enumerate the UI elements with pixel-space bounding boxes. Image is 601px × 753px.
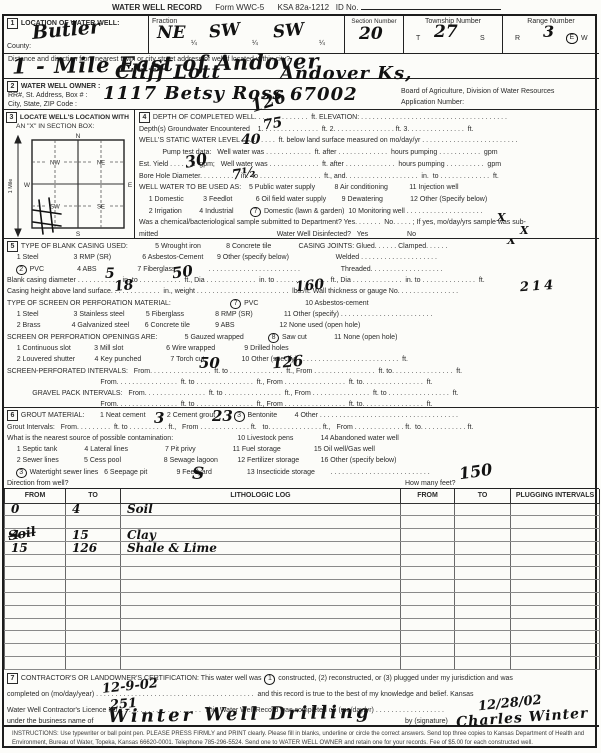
contamination-line-3: 3 Watertight sewer lines 6 Seepage pit 9…	[7, 467, 599, 479]
section-number-handwritten: 20	[359, 26, 383, 43]
empty-cell	[121, 631, 401, 644]
litho-log-cell: Soil	[121, 503, 401, 516]
instructions-box: INSTRUCTIONS: Use typewriter or ball poi…	[4, 725, 599, 750]
empty-cell	[5, 631, 66, 644]
owner-city-label: City, State, ZIP Code :	[8, 101, 77, 108]
section-3-locate-box: 3LOCATE WELL'S LOCATION WITH AN "X" IN S…	[4, 110, 135, 239]
empty-cell	[121, 657, 401, 670]
plug-to-cell	[455, 541, 511, 554]
empty-cell	[511, 580, 600, 593]
section-location-diagram: 1 Mile N	[6, 130, 137, 238]
owner-address-label: RR#, St. Address, Box # :	[8, 92, 87, 99]
range-east-circled: E	[566, 33, 578, 44]
empty-cell	[455, 593, 511, 606]
casing-height-handwritten: 18	[113, 278, 134, 294]
empty-cell	[121, 567, 401, 580]
table-row	[5, 567, 600, 580]
sample-no-x-mark: X	[497, 212, 506, 223]
empty-cell	[401, 618, 455, 631]
well-use-line-3: 2 Irrigation 4 Industrial 7 Domestic (la…	[139, 206, 599, 218]
empty-cell	[5, 618, 66, 631]
empty-cell	[455, 644, 511, 657]
blank-casing-heading-text: TYPE OF BLANK CASING USED: 5 Wrought iro…	[21, 243, 448, 250]
litho-to-cell	[66, 516, 121, 529]
range-west: W	[581, 35, 588, 42]
empty-cell	[511, 554, 600, 567]
plug-to-cell	[455, 529, 511, 542]
empty-cell	[5, 644, 66, 657]
screen-material-heading-line: TYPE OF SCREEN OR PERFORATION MATERIAL: …	[7, 298, 599, 310]
empty-cell	[5, 657, 66, 670]
quarter-symbol-3: ¼	[319, 40, 325, 47]
litho-from-cell: 0	[5, 503, 66, 516]
business-name-handwritten: Winter Well Drilling	[108, 704, 372, 727]
casing-diameter-to-handwritten: 50	[171, 264, 194, 282]
grout-material-line: 6GROUT MATERIAL: 1 Neat cement 2 Cement …	[7, 410, 599, 422]
litho-log-cell: Clay	[121, 529, 401, 542]
empty-cell	[121, 580, 401, 593]
empty-cell	[5, 580, 66, 593]
section-6-number: 6	[7, 410, 18, 421]
empty-cell	[511, 593, 600, 606]
contamination-line-1: 1 Septic tank 4 Lateral lines 7 Pit priv…	[7, 444, 599, 455]
owner-name-handwritten: Cliff Lott	[115, 63, 221, 82]
litho-log-cell: Shale & Lime	[121, 541, 401, 554]
empty-cell	[66, 644, 121, 657]
contamination-line3-post: Watertight sewer lines 6 Seepage pit 9 F…	[28, 469, 430, 476]
county-cell: 1LOCATION OF WATER WELL: County: Butler	[4, 16, 149, 53]
litho-to-cell: 4	[66, 503, 121, 516]
owner-city-handwritten: Andover Ks,	[280, 65, 412, 83]
empty-cell	[455, 567, 511, 580]
section-2-owner: 2WATER WELL OWNER : RR#, St. Address, Bo…	[4, 79, 599, 110]
well-use-choice-circled: 7	[250, 207, 261, 218]
empty-cell	[66, 567, 121, 580]
range-cell: Range Number R 3 E W	[503, 16, 599, 53]
empty-cell	[121, 605, 401, 618]
empty-cell	[66, 593, 121, 606]
compass-south-label: S	[76, 231, 81, 238]
glued-x-mark: X	[507, 239, 516, 246]
gravel-pack-intervals-line-1: GRAVEL PACK INTERVALS: From. . . . . . .…	[7, 388, 599, 399]
table-row: 15 126 Shale & Lime	[5, 541, 600, 554]
bentonite-circled: 3	[234, 411, 245, 422]
gravel-pack-intervals-line-2: From. . . . . . . . . . . . . . . . ft. …	[7, 399, 599, 408]
static-level-handwritten: 40	[241, 133, 260, 147]
col-header-from-2: FROM	[401, 489, 455, 503]
contamination-question-line: What is the nearest source of possible c…	[7, 433, 599, 444]
grout-from-handwritten: 3	[154, 411, 164, 426]
section-3-heading: 3LOCATE WELL'S LOCATION WITH	[6, 112, 134, 123]
casing-options-line-2: 2 PVC 4 ABS 7 Fiberglass . . . . . . . .…	[7, 264, 599, 276]
empty-cell	[511, 605, 600, 618]
empty-cell	[66, 605, 121, 618]
watertight-sewer-circled: 3	[16, 468, 27, 479]
empty-cell	[66, 657, 121, 670]
empty-cell	[66, 631, 121, 644]
empty-cell	[401, 644, 455, 657]
quadrant-nw-label: NW	[50, 161, 60, 167]
litho-to-cell: 126	[66, 541, 121, 554]
yield-value-handwritten: 30	[184, 151, 209, 171]
application-number-label: Application Number:	[401, 99, 464, 106]
id-label: ID No.	[336, 3, 359, 12]
section-3-4-row: 3LOCATE WELL'S LOCATION WITH AN "X" IN S…	[4, 110, 599, 239]
empty-cell	[401, 593, 455, 606]
one-mile-label: 1 Mile	[8, 179, 14, 194]
disinfected-yes-x-mark: X	[520, 225, 529, 236]
locate-heading-line1: LOCATE WELL'S LOCATION WITH	[20, 114, 129, 121]
board-of-agriculture-text: Board of Agriculture, Division of Water …	[401, 88, 554, 95]
section-4-well-data: 4DEPTH OF COMPLETED WELL. . . . . . . . …	[135, 110, 599, 239]
direction-value-handwritten: S	[192, 466, 204, 483]
depth-completed-text: DEPTH OF COMPLETED WELL. . . . . . . . .…	[153, 114, 507, 121]
locate-heading-line2: AN "X" IN SECTION BOX:	[6, 123, 134, 130]
contamination-line-2: 2 Sewer lines 5 Cess pool 8 Sewage lagoo…	[7, 455, 599, 466]
compass-north-label: N	[76, 133, 81, 140]
table-row	[5, 631, 600, 644]
empty-cell	[511, 657, 600, 670]
certification-text-post: constructed, (2) reconstructed, or (3) p…	[276, 675, 513, 682]
lithologic-log-table: FROM TO LITHOLOGIC LOG FROM TO PLUGGING …	[4, 489, 600, 670]
plug-from-cell	[401, 541, 455, 554]
form-border: 1LOCATION OF WATER WELL: County: Butler …	[2, 14, 597, 748]
depth-completed-line: 4DEPTH OF COMPLETED WELL. . . . . . . . …	[139, 112, 599, 124]
instructions-line-2: Environment, Bureau of Water, Topeka, Ka…	[12, 739, 591, 748]
bore-hole-diameter-line: Bore Hole Diameter. . . . . . . . . . in…	[139, 171, 599, 183]
gauge-number-handwritten: 214	[520, 279, 557, 294]
screen-perforated-intervals-line-2: From. . . . . . . . . . . . . . . . ft. …	[7, 377, 599, 388]
table-row	[5, 605, 600, 618]
empty-cell	[401, 580, 455, 593]
col-header-to: TO	[66, 489, 121, 503]
empty-cell	[511, 618, 600, 631]
plug-from-cell	[401, 516, 455, 529]
litho-log-cell	[121, 516, 401, 529]
section-1-number: 1	[7, 18, 18, 29]
form-title: WATER WELL RECORD	[112, 3, 202, 12]
plug-interval-cell	[511, 516, 600, 529]
township-prefix: T	[416, 35, 420, 42]
constructed-circled: 1	[264, 674, 275, 685]
quarter-symbol-1: ¼	[191, 40, 197, 47]
casing-line2-post: PVC 4 ABS 7 Fiberglass . . . . . . . . .…	[28, 266, 443, 273]
table-row	[5, 657, 600, 670]
screen-material-pre: TYPE OF SCREEN OR PERFORATION MATERIAL:	[7, 300, 229, 307]
direction-line: Direction from well?How many feet?	[7, 478, 599, 489]
empty-cell	[66, 554, 121, 567]
document-header: WATER WELL RECORD Form WWC-5 KSA 82a-121…	[0, 2, 601, 12]
empty-cell	[66, 618, 121, 631]
table-row	[5, 554, 600, 567]
empty-cell	[5, 605, 66, 618]
screen-pvc-circled: 7	[230, 299, 241, 310]
township-value-handwritten: 27	[434, 24, 458, 41]
casing-line2-pre	[7, 266, 15, 273]
col-header-plugging-intervals: PLUGGING INTERVALS	[511, 489, 600, 503]
groundwater-value-handwritten: 75	[262, 115, 284, 132]
table-row	[5, 618, 600, 631]
casing-pvc-circled: 2	[16, 265, 27, 276]
table-row: 4 15 Clay	[5, 529, 600, 542]
section-2-number: 2	[7, 81, 18, 92]
groundwater-encountered-line: Depth(s) Groundwater Encountered 1. . . …	[139, 124, 599, 136]
static-water-level-line: WELL'S STATIC WATER LEVEL . . . . . . . …	[139, 135, 599, 147]
empty-cell	[401, 554, 455, 567]
fraction-3-handwritten: SW	[272, 21, 305, 41]
statute-number: KSA 82a-1212	[278, 3, 330, 12]
empty-cell	[455, 618, 511, 631]
compass-east-label: E	[128, 182, 133, 189]
col-header-from: FROM	[5, 489, 66, 503]
grout-material-post: Bentonite 4 Other . . . . . . . . . . . …	[246, 412, 458, 419]
casing-options-line-1: 1 Steel 3 RMP (SR) 6 Asbestos-Cement 9 O…	[7, 252, 599, 263]
grout-to-handwritten: 23	[212, 409, 233, 424]
fraction-1-handwritten: NE	[157, 25, 186, 42]
plug-interval-cell	[511, 541, 600, 554]
range-value-handwritten: 3	[543, 24, 554, 40]
empty-cell	[5, 567, 66, 580]
section-5-number: 5	[7, 241, 18, 252]
quadrant-ne-label: NE	[97, 161, 105, 167]
plug-from-cell	[401, 529, 455, 542]
empty-cell	[401, 631, 455, 644]
empty-cell	[121, 644, 401, 657]
empty-cell	[511, 567, 600, 580]
plug-to-cell	[455, 516, 511, 529]
empty-cell	[121, 618, 401, 631]
screen-material-line-2: 2 Brass 4 Galvanized steel 6 Concrete ti…	[7, 320, 599, 331]
empty-cell	[121, 554, 401, 567]
owner-heading-text: WATER WELL OWNER :	[21, 83, 100, 90]
litho-to-cell: 15	[66, 529, 121, 542]
empty-cell	[455, 605, 511, 618]
county-label: County:	[7, 43, 31, 50]
empty-cell	[401, 567, 455, 580]
table-row	[5, 644, 600, 657]
quarter-symbol-2: ¼	[252, 40, 258, 47]
completed-date-line: completed on (mo/day/year) . . . . . . .…	[7, 689, 473, 700]
col-header-to-2: TO	[455, 489, 511, 503]
well-use-line-3-pre: 2 Irrigation 4 Industrial	[139, 208, 249, 215]
how-many-feet-label: How many feet?	[405, 478, 456, 489]
quadrant-sw-label: SW	[50, 205, 60, 211]
plug-from-cell	[401, 503, 455, 516]
well-use-line-2: 1 Domestic 3 Feedlot 6 Oil field water s…	[139, 194, 599, 206]
scanned-water-well-record: WATER WELL RECORD Form WWC-5 KSA 82a-121…	[0, 0, 601, 753]
plug-interval-cell	[511, 529, 600, 542]
quadrant-se-label: SE	[97, 205, 105, 211]
col-header-lithologic-log: LITHOLOGIC LOG	[121, 489, 401, 503]
compass-west-label: W	[24, 182, 31, 189]
section-3-number: 3	[6, 112, 17, 123]
empty-cell	[5, 593, 66, 606]
instructions-line-1: INSTRUCTIONS: Use typewriter or ball poi…	[12, 730, 591, 739]
empty-cell	[455, 657, 511, 670]
grout-material-pre: GROUT MATERIAL: 1 Neat cement 2 Cement g…	[21, 412, 233, 419]
empty-cell	[455, 580, 511, 593]
openings-line-1: 1 Continuous slot 3 Mill slot 6 Wire wra…	[7, 343, 599, 354]
id-blank-line	[361, 2, 501, 10]
one-mile-arrow	[15, 136, 21, 236]
openings-pre: SCREEN OR PERFORATION OPENINGS ARE: 5 Ga…	[7, 334, 267, 341]
section-7-number: 7	[7, 673, 18, 684]
empty-cell	[121, 593, 401, 606]
township-suffix: S	[480, 35, 485, 42]
township-cell: Township Number T 27 S	[404, 16, 503, 53]
empty-cell	[511, 644, 600, 657]
empty-cell	[401, 657, 455, 670]
saw-cut-circled: 8	[268, 333, 279, 344]
certification-heading-line: 7CONTRACTOR'S OR LANDOWNER'S CERTIFICATI…	[7, 673, 513, 685]
casing-weight-handwritten: 160	[294, 278, 325, 295]
feet-value-handwritten: 150	[458, 462, 493, 482]
county-value-handwritten: Butler	[31, 18, 100, 43]
form-number: Form WWC-5	[215, 3, 264, 12]
plug-interval-cell	[511, 503, 600, 516]
empty-cell	[5, 554, 66, 567]
screen-material-post: PVC 10 Asbestos-cement	[242, 300, 368, 307]
range-prefix: R	[515, 35, 520, 42]
fraction-2-handwritten: SW	[208, 21, 241, 41]
empty-cell	[511, 631, 600, 644]
screen-interval-from-handwritten: 50	[199, 356, 220, 371]
section-4-number: 4	[139, 112, 150, 123]
pump-test-line: Pump test data: Well water was . . . . .…	[139, 147, 599, 159]
empty-cell	[455, 554, 511, 567]
business-name-label: under the business name of	[7, 718, 93, 725]
empty-cell	[401, 605, 455, 618]
direction-from-well-label: Direction from well?	[7, 480, 68, 487]
section-6-grout: 6GROUT MATERIAL: 1 Neat cement 2 Cement …	[4, 408, 599, 489]
grout-intervals-line: Grout Intervals: From. . . . . . . . . f…	[7, 422, 599, 433]
owner-zip-handwritten: 67002	[290, 86, 358, 104]
section-7-certification: 7CONTRACTOR'S OR LANDOWNER'S CERTIFICATI…	[4, 670, 599, 725]
well-use-line-1: WELL WATER TO BE USED AS: 5 Public water…	[139, 182, 599, 194]
table-row	[5, 593, 600, 606]
table-row	[5, 580, 600, 593]
bore-diameter-handwritten: 7½	[231, 165, 257, 182]
section-number-cell: Section Number 20	[345, 16, 404, 53]
screen-openings-heading-line: SCREEN OR PERFORATION OPENINGS ARE: 5 Ga…	[7, 332, 599, 344]
well-use-line-3-post: Domestic (lawn & garden) 10 Monitoring w…	[262, 208, 483, 215]
empty-cell	[66, 580, 121, 593]
table-row: 0 4 Soil	[5, 503, 600, 516]
empty-cell	[455, 631, 511, 644]
screen-interval-to-handwritten: 126	[271, 354, 304, 372]
table-row	[5, 516, 600, 529]
section-5-casing: 5TYPE OF BLANK CASING USED: 5 Wrought ir…	[4, 239, 599, 408]
plug-to-cell	[455, 503, 511, 516]
sample-submitted-line: Was a chemical/bacteriological sample su…	[139, 217, 599, 229]
contamination-line3-pre	[7, 469, 15, 476]
openings-post: Saw cut 11 None (open hole)	[280, 334, 397, 341]
screen-material-line-1: 1 Steel 3 Stainless steel 5 Fiberglass 8…	[7, 309, 599, 320]
